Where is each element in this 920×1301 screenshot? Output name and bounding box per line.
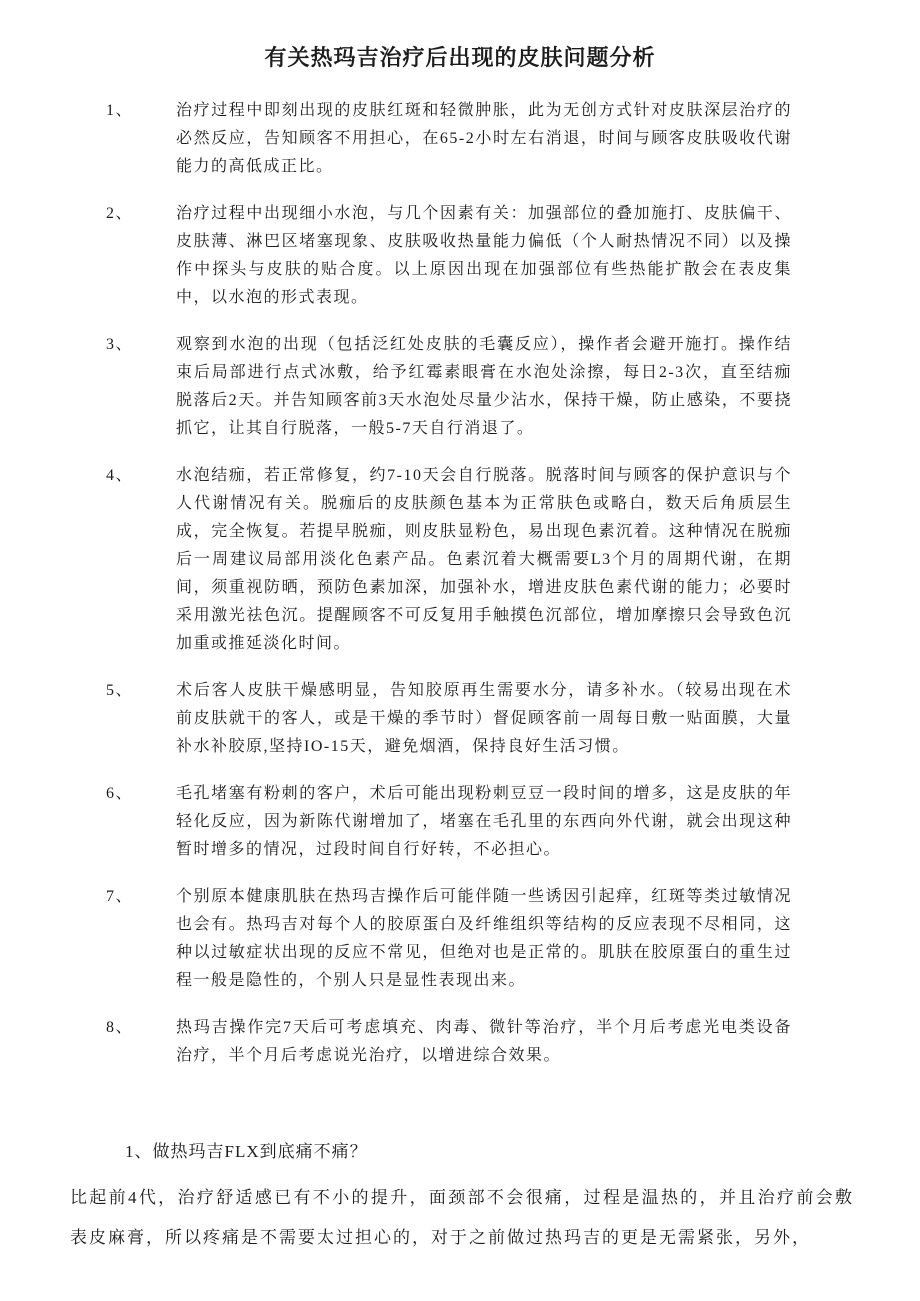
item-text: 水泡结痂，若正常修复，约7-10天会自行脱落。脱落时间与顾客的保护意识与个人代谢… (176, 462, 792, 658)
item-text: 治疗过程中即刻出现的皮肤红斑和轻微肿胀，此为无创方式针对皮肤深层治疗的必然反应，… (176, 97, 792, 181)
list-item: 5、 术后客人皮肤干燥感明显，告知胶原再生需要水分，请多补水。（较易出现在术前皮… (0, 677, 920, 761)
item-text: 个别原本健康肌肤在热玛吉操作后可能伴随一些诱因引起痒，红斑等类过敏情况也会有。热… (176, 883, 792, 995)
qa-section: 1、做热玛吉FLX到底痛不痛？ 比起前4代，治疗舒适感已有不小的提升，面颈部不会… (0, 1140, 920, 1258)
item-number: 8、 (106, 1014, 176, 1070)
item-number: 7、 (106, 883, 176, 995)
item-text: 观察到水泡的出现（包括泛红处皮肤的毛囊反应），操作者会避开施打。操作结束后局部进… (176, 331, 792, 443)
item-number: 3、 (106, 331, 176, 443)
item-text: 术后客人皮肤干燥感明显，告知胶原再生需要水分，请多补水。（较易出现在术前皮肤就干… (176, 677, 792, 761)
item-number: 5、 (106, 677, 176, 761)
list-item: 8、 热玛吉操作完7天后可考虑填充、肉毒、微针等治疗，半个月后考虑光电类设备治疗… (0, 1014, 920, 1070)
document-title: 有关热玛吉治疗后出现的皮肤问题分析 (0, 0, 920, 74)
list-item: 7、 个别原本健康肌肤在热玛吉操作后可能伴随一些诱因引起痒，红斑等类过敏情况也会… (0, 883, 920, 995)
qa-question: 1、做热玛吉FLX到底痛不痛？ (125, 1140, 920, 1164)
list-item: 1、 治疗过程中即刻出现的皮肤红斑和轻微肿胀，此为无创方式针对皮肤深层治疗的必然… (0, 97, 920, 181)
item-text: 毛孔堵塞有粉刺的客户，术后可能出现粉刺豆豆一段时间的增多，这是皮肤的年轻化反应，… (176, 780, 792, 864)
item-number: 6、 (106, 780, 176, 864)
numbered-list: 1、 治疗过程中即刻出现的皮肤红斑和轻微肿胀，此为无创方式针对皮肤深层治疗的必然… (0, 97, 920, 1070)
document-page: 有关热玛吉治疗后出现的皮肤问题分析 1、 治疗过程中即刻出现的皮肤红斑和轻微肿胀… (0, 0, 920, 1301)
item-number: 4、 (106, 462, 176, 658)
list-item: 2、 治疗过程中出现细小水泡，与几个因素有关：加强部位的叠加施打、皮肤偏干、皮肤… (0, 200, 920, 312)
item-number: 2、 (106, 200, 176, 312)
qa-answer: 比起前4代，治疗舒适感已有不小的提升，面颈部不会很痛，过程是温热的，并且治疗前会… (70, 1178, 854, 1258)
item-text: 热玛吉操作完7天后可考虑填充、肉毒、微针等治疗，半个月后考虑光电类设备治疗，半个… (176, 1014, 792, 1070)
list-item: 3、 观察到水泡的出现（包括泛红处皮肤的毛囊反应），操作者会避开施打。操作结束后… (0, 331, 920, 443)
item-number: 1、 (106, 97, 176, 181)
list-item: 4、 水泡结痂，若正常修复，约7-10天会自行脱落。脱落时间与顾客的保护意识与个… (0, 462, 920, 658)
item-text: 治疗过程中出现细小水泡，与几个因素有关：加强部位的叠加施打、皮肤偏干、皮肤薄、淋… (176, 200, 792, 312)
list-item: 6、 毛孔堵塞有粉刺的客户，术后可能出现粉刺豆豆一段时间的增多，这是皮肤的年轻化… (0, 780, 920, 864)
